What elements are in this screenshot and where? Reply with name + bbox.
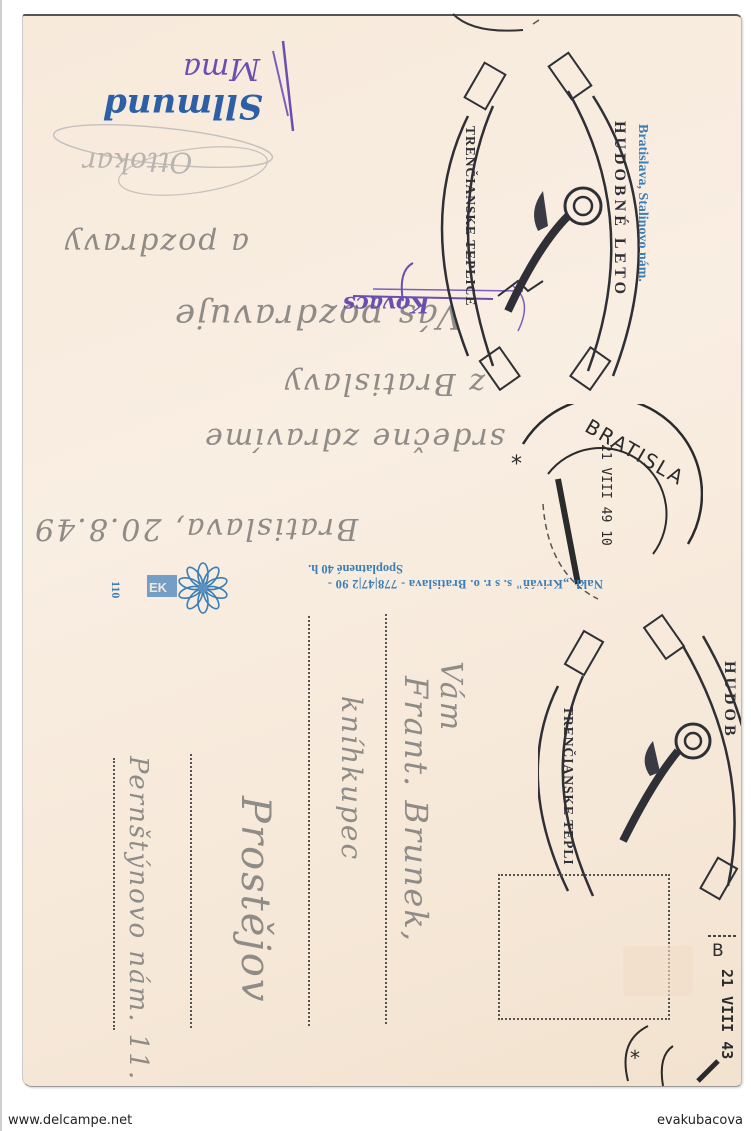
message-date-line: Bratislava, 20.8.49	[33, 511, 358, 546]
publisher-line: Nakl. „Kriváň" s. s r. o. Bratislava - 7…	[183, 576, 603, 591]
postmark-partial-city: B	[712, 941, 726, 961]
violin-scroll-icon	[623, 724, 710, 841]
address-street: Pernštýnovo nám. 11.	[123, 756, 153, 1081]
address-line-1	[385, 614, 387, 1024]
cachet-top-right-ribbon: HUDOBNÉ LETO	[610, 121, 628, 298]
postmark-date: 21 VIII 49 10	[598, 444, 613, 546]
page-edge	[0, 0, 2, 1131]
printed-sender-address: Bratislava, Stalinovo nám.	[634, 124, 650, 282]
signature-violet-top: Mma	[183, 51, 260, 86]
postmark-partial-date: 21 VIII 43	[718, 969, 736, 1059]
signature-faint: Ottokar	[43, 116, 283, 231]
edelweiss-logo: EK	[145, 561, 233, 620]
music-summer-cachet-bottom: TRENČIANSKE TEPLI HUDOB	[538, 606, 741, 906]
cachet-bottom-left-ribbon: TRENČIANSKE TEPLI	[560, 706, 576, 866]
cachet-bottom-right-ribbon: HUDOB	[720, 661, 738, 740]
message-line-4: srdečne zdravíme	[203, 421, 505, 456]
footer-site-link[interactable]: www.delcampe.net	[8, 1113, 132, 1128]
publisher-imprint: Nakl. „Kriváň" s. s r. o. Bratislava - 7…	[183, 561, 603, 591]
postmark-star: *	[511, 452, 524, 477]
card-number: 110	[108, 581, 123, 598]
address-line-2	[308, 616, 310, 1026]
svg-text:EK: EK	[149, 580, 168, 595]
postmark-fragment-top	[448, 12, 558, 42]
address-line-3	[190, 754, 192, 1028]
footer-seller-name[interactable]: evakubacova	[657, 1113, 743, 1128]
address-recipient-title: kníhkupec	[335, 696, 368, 861]
address-line-4	[113, 758, 115, 1030]
postmark-partial-star: *	[630, 1046, 642, 1070]
postcard-back: Ottokar Sllmund Mma a pozdravy Vás pozdr…	[22, 14, 742, 1087]
cachet-top-left-ribbon: TRENČIANSKE TEPLICE	[462, 126, 478, 306]
violin-scroll-icon	[498, 188, 601, 311]
edelweiss-icon: EK	[145, 561, 233, 615]
signature-violet-stroke	[263, 36, 303, 136]
message-line-1: a pozdravy	[63, 226, 249, 261]
signature-blue: Sllmund	[103, 86, 263, 126]
address-city: Prostějov	[232, 796, 278, 1003]
address-salutation: Vám	[433, 661, 468, 732]
music-summer-cachet-top: TRENČIANSKE TEPLICE HUDOBNÉ LETO	[428, 51, 658, 391]
signature-text-faint: Ottokar	[83, 146, 192, 179]
postmark-partial: B 21 VIII 43 *	[608, 931, 738, 1091]
address-recipient-name: Frant. Brunek,	[397, 676, 435, 943]
